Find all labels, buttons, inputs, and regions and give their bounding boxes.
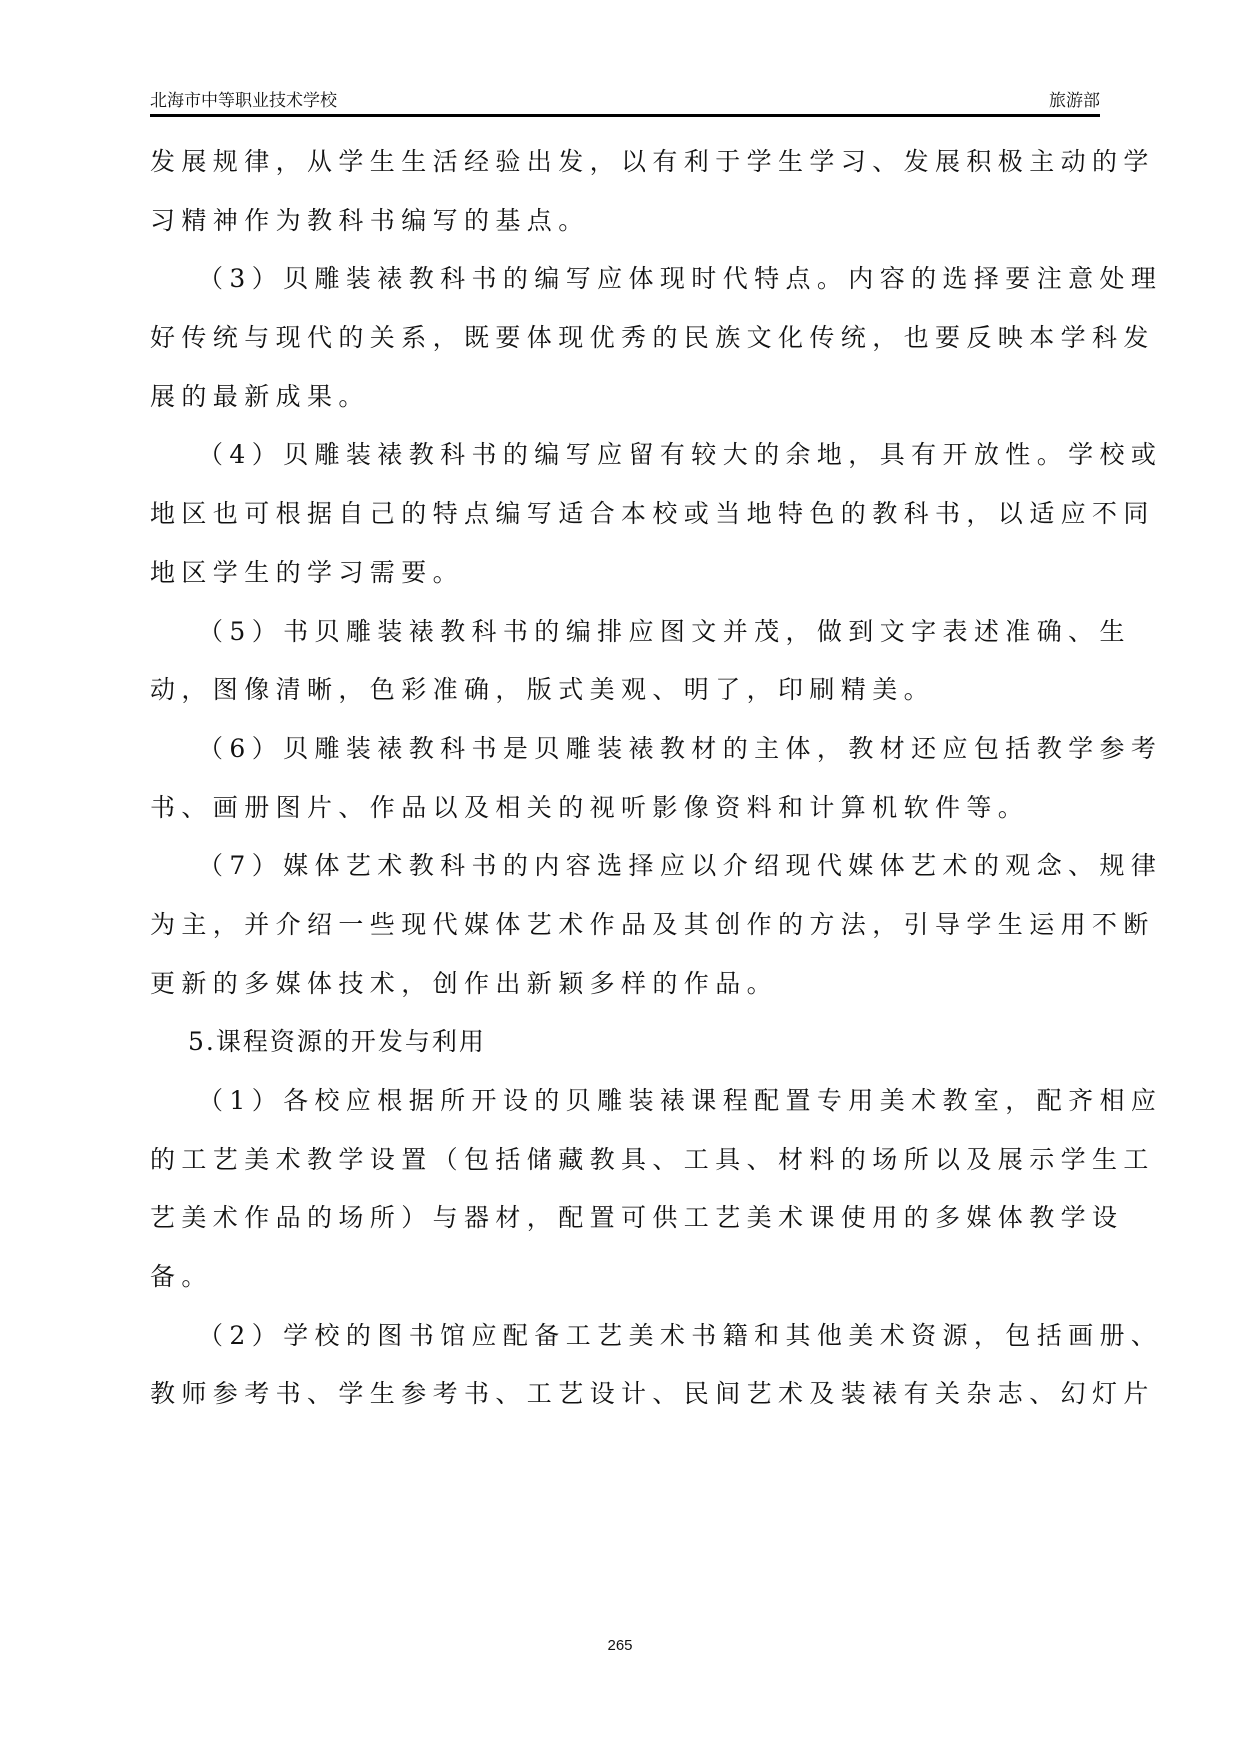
paragraph-start-3: （3）贝雕装裱教科书的编写应体现时代特点。内容的选择要注意处理 — [150, 259, 1090, 318]
paragraph-start-7: （7）媒体艺术教科书的内容选择应以介绍现代媒体艺术的观念、规律 — [150, 846, 1090, 905]
body-text: 发展规律，从学生生活经验出发，以有利于学生学习、发展积极主动的学 习精神作为教科… — [150, 142, 1090, 1433]
text-line: 地区学生的学习需要。 — [150, 553, 1090, 612]
header-divider — [150, 114, 1100, 117]
paragraph-start-4: （4）贝雕装裱教科书的编写应留有较大的余地，具有开放性。学校或 — [150, 435, 1090, 494]
page-number: 265 — [0, 1637, 1240, 1654]
text-line: 发展规律，从学生生活经验出发，以有利于学生学习、发展积极主动的学 — [150, 142, 1090, 201]
text-line: 为主，并介绍一些现代媒体艺术作品及其创作的方法，引导学生运用不断 — [150, 905, 1090, 964]
text-line: 好传统与现代的关系，既要体现优秀的民族文化传统，也要反映本学科发 — [150, 318, 1090, 377]
text-line: 展的最新成果。 — [150, 377, 1090, 436]
paragraph-start-1: （1）各校应根据所开设的贝雕装裱课程配置专用美术教室，配齐相应 — [150, 1081, 1090, 1140]
text-line: 习精神作为教科书编写的基点。 — [150, 201, 1090, 260]
text-line: 艺美术作品的场所）与器材，配置可供工艺美术课使用的多媒体教学设 — [150, 1198, 1090, 1257]
paragraph-start-5: （5）书贝雕装裱教科书的编排应图文并茂，做到文字表述准确、生 — [150, 612, 1090, 671]
text-line: 备。 — [150, 1257, 1090, 1316]
header-department: 旅游部 — [1049, 86, 1100, 111]
header-school-name: 北海市中等职业技术学校 — [150, 86, 337, 111]
section-heading: 5.课程资源的开发与利用 — [150, 1022, 1090, 1081]
text-line: 教师参考书、学生参考书、工艺设计、民间艺术及装裱有关杂志、幻灯片 — [150, 1374, 1090, 1433]
text-line: 书、画册图片、作品以及相关的视听影像资料和计算机软件等。 — [150, 788, 1090, 847]
text-line: 的工艺美术教学设置（包括储藏教具、工具、材料的场所以及展示学生工 — [150, 1140, 1090, 1199]
text-line: 地区也可根据自己的特点编写适合本校或当地特色的教科书，以适应不同 — [150, 494, 1090, 553]
text-line: 动，图像清晰，色彩准确，版式美观、明了，印刷精美。 — [150, 670, 1090, 729]
paragraph-start-2: （2）学校的图书馆应配备工艺美术书籍和其他美术资源，包括画册、 — [150, 1316, 1090, 1375]
paragraph-start-6: （6）贝雕装裱教科书是贝雕装裱教材的主体，教材还应包括教学参考 — [150, 729, 1090, 788]
text-line: 更新的多媒体技术，创作出新颖多样的作品。 — [150, 964, 1090, 1023]
page-header: 北海市中等职业技术学校 旅游部 — [150, 86, 1100, 114]
